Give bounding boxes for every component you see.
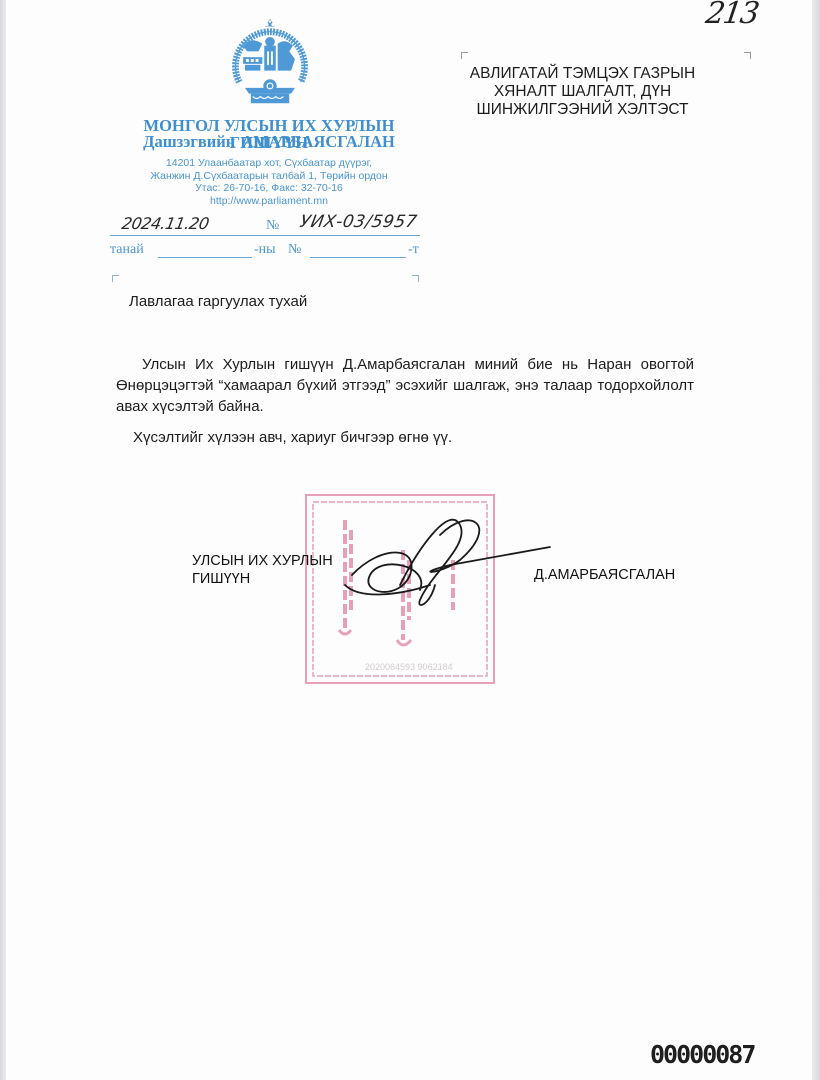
- addressee-line: ШИНЖИЛГЭЭНИЙ ХЭЛТЭСТ: [455, 101, 710, 119]
- corner-mark: [112, 275, 119, 282]
- address-website: http://www.parliament.mn: [110, 195, 428, 208]
- addressee: АВЛИГАТАЙ ТЭМЦЭХ ГАЗРЫН ХЯНАЛТ ШАЛГАЛТ, …: [455, 65, 710, 119]
- svg-text:2020064593 9062184: 2020064593 9062184: [365, 662, 453, 672]
- letterhead-surname: АМАРБАЯСГАЛАН: [241, 132, 395, 151]
- letterhead-patronymic: Дашзэгвийн: [143, 132, 235, 151]
- corner-mark: [744, 52, 751, 59]
- corner-mark: [412, 275, 419, 282]
- signatory-title-line: УЛСЫН ИХ ХУРЛЫН: [192, 552, 333, 570]
- letterhead-name: ДашзэгвийнАМАРБАЯСГАЛАН: [110, 133, 428, 150]
- letterhead-address: 14201 Улаанбаатар хот, Сүхбаатар дүүрэг,…: [110, 157, 428, 207]
- handwritten-signature: [340, 505, 560, 615]
- subject-line: Лавлагаа гаргуулах тухай: [129, 293, 307, 310]
- corner-mark: [461, 52, 468, 59]
- reference-row: 2024.11.20 № УИХ-03/5957: [110, 214, 420, 236]
- reference-number-label: №: [264, 218, 281, 234]
- body-paragraph: Хүсэлтийг хүлээн авч, хариуг бичгээр өгн…: [116, 427, 694, 448]
- your-reference-row: танай -ны № -т: [110, 242, 420, 262]
- body-paragraph: Улсын Их Хурлын гишүүн Д.Амарбаясгалан м…: [116, 354, 694, 417]
- blank-line: [310, 257, 406, 258]
- address-line: Утас: 26-70-16, Факс: 32-70-16: [110, 182, 428, 195]
- document-serial-number: 00000087: [650, 1040, 754, 1069]
- handwritten-reference-number: УИХ-03/5957: [298, 212, 419, 232]
- mongolia-state-emblem-icon: [221, 13, 319, 109]
- signatory-title-line: ГИШҮҮН: [192, 570, 333, 588]
- scan-edge-left: [0, 0, 6, 1080]
- your-ref-prefix: танай: [110, 242, 144, 258]
- address-line: 14201 Улаанбаатар хот, Сүхбаатар дүүрэг,: [110, 157, 428, 170]
- your-ref-mid: -ны: [254, 242, 276, 258]
- signatory-name: Д.АМАРБАЯСГАЛАН: [534, 567, 675, 583]
- handwritten-page-number: 213: [704, 0, 760, 31]
- addressee-line: ХЯНАЛТ ШАЛГАЛТ, ДҮН: [455, 83, 710, 101]
- address-line: Жанжин Д.Сүхбаатарын талбай 1, Төрийн ор…: [110, 170, 428, 183]
- blank-line: [158, 257, 252, 258]
- your-ref-number-label: №: [288, 242, 301, 258]
- addressee-line: АВЛИГАТАЙ ТЭМЦЭХ ГАЗРЫН: [455, 65, 710, 83]
- your-ref-suffix: -т: [408, 242, 419, 258]
- letter-body: Улсын Их Хурлын гишүүн Д.Амарбаясгалан м…: [116, 354, 694, 448]
- scan-edge-right: [812, 0, 820, 1080]
- signatory-title: УЛСЫН ИХ ХУРЛЫН ГИШҮҮН: [192, 552, 333, 588]
- handwritten-date: 2024.11.20: [120, 214, 210, 233]
- reference-underline: [110, 235, 420, 236]
